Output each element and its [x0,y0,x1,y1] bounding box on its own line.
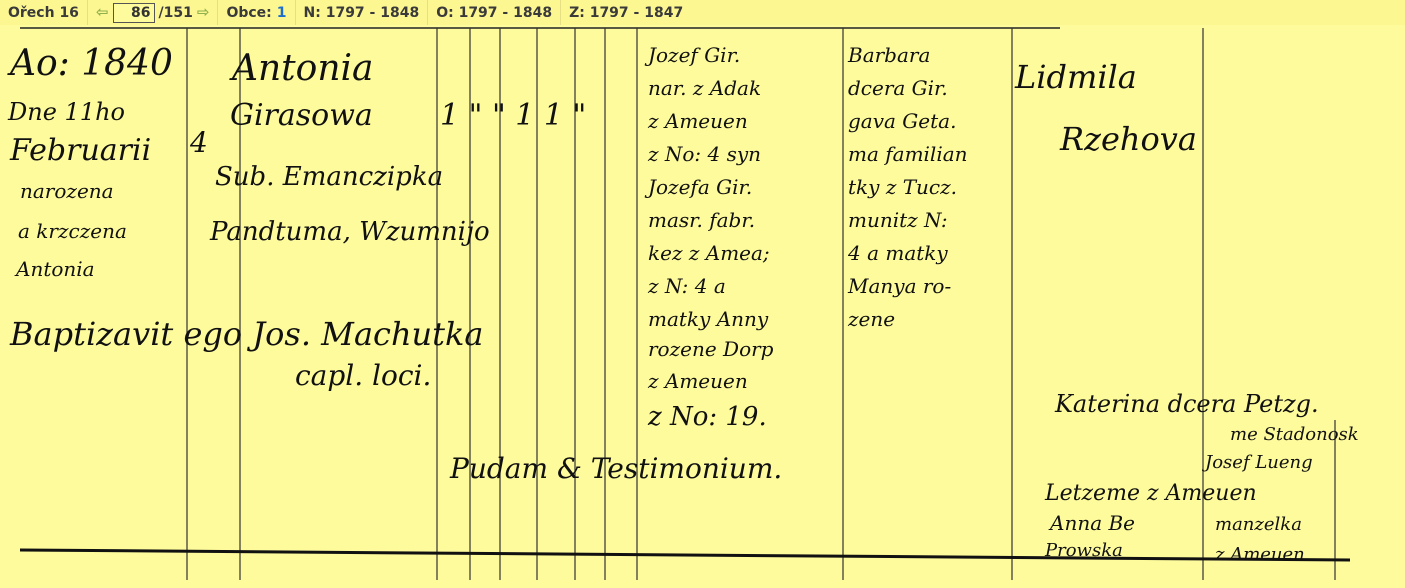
svg-text:tky z Tucz.: tky z Tucz. [848,175,957,199]
register-title: Ořech 16 [8,5,79,21]
svg-text:z No: 4 syn: z No: 4 syn [647,142,761,166]
svg-text:Pandtuma, Wzumnijo: Pandtuma, Wzumnijo [209,217,490,247]
svg-text:Antonia: Antonia [14,257,95,281]
page-total: /151 [159,5,193,21]
svg-text:4: 4 [189,126,208,159]
toolbar: Ořech 16 ⇦ /151 ⇨ Obce: 1 N: 1797 - 1848… [0,0,1405,25]
svg-text:munitz N:: munitz N: [848,208,948,232]
svg-text:me Stadonosk: me Stadonosk [1230,424,1359,445]
svg-text:4 a matky: 4 a matky [847,241,948,265]
handwriting-godparents: Katerina dcera Petzg. me Stadonosk Josef… [1044,390,1359,565]
svg-text:Barbara: Barbara [847,43,930,67]
svg-text:ma familian: ma familian [848,142,968,166]
register-title-group: Ořech 16 [0,0,88,25]
handwriting-father: Jozef Gir. nar. z Adak z Ameuen z No: 4 … [644,43,774,432]
svg-text:Antonia: Antonia [229,48,374,89]
svg-text:z Ameuen: z Ameuen [1214,544,1305,565]
marriages-range-text: O: 1797 - 1848 [436,5,552,21]
arrow-left-icon[interactable]: ⇦ [96,5,109,20]
svg-text:manzelka: manzelka [1215,514,1302,535]
svg-text:zene: zene [847,307,895,331]
svg-text:Katerina dcera Petzg.: Katerina dcera Petzg. [1054,390,1319,418]
handwriting-mother: Barbara dcera Gir. gava Geta. ma familia… [847,43,968,331]
svg-text:Dne 11ho: Dne 11ho [7,98,125,126]
svg-text:Pudam & Testimonium.: Pudam & Testimonium. [449,452,782,485]
svg-text:kez z Amea;: kez z Amea; [648,241,770,265]
svg-text:masr. fabr.: masr. fabr. [648,208,755,232]
svg-text:z Ameuen: z Ameuen [647,369,748,393]
svg-text:z Ameuen: z Ameuen [647,109,748,133]
svg-text:a krzczena: a krzczena [18,219,127,243]
svg-text:1 " " 1 1 ": 1 " " 1 1 " [440,98,586,133]
births-range-text: N: 1797 - 1848 [304,5,420,21]
svg-text:Letzeme z Ameuen: Letzeme z Ameuen [1044,481,1257,506]
register-scan-image[interactable]: Ao: 1840 Dne 11ho Februarii narozena a k… [0,25,1405,588]
svg-text:Jozefa Gir.: Jozefa Gir. [644,175,752,199]
obce-count-link[interactable]: 1 [277,5,287,21]
marriages-range: O: 1797 - 1848 [428,0,561,25]
svg-text:gava Geta.: gava Geta. [848,109,956,133]
svg-text:Josef Lueng: Josef Lueng [1201,452,1313,473]
svg-text:Manya ro-: Manya ro- [847,274,951,298]
handwriting-date: Ao: 1840 Dne 11ho Februarii narozena a k… [7,43,208,281]
handwriting-remark: Pudam & Testimonium. [449,452,782,485]
svg-text:Ao: 1840: Ao: 1840 [7,43,173,84]
svg-text:Lidmila: Lidmila [1014,58,1137,96]
svg-text:Girasowa: Girasowa [230,98,373,133]
svg-text:Anna Be: Anna Be [1048,511,1135,535]
births-range: N: 1797 - 1848 [296,0,429,25]
svg-text:capl. loci.: capl. loci. [295,359,431,392]
obce-group: Obce: 1 [218,0,295,25]
deaths-range: Z: 1797 - 1847 [561,0,691,25]
svg-text:narozena: narozena [20,179,114,203]
page-navigation: ⇦ /151 ⇨ [88,0,219,25]
svg-text:Jozef Gir.: Jozef Gir. [644,43,740,67]
register-page-drawing: Ao: 1840 Dne 11ho Februarii narozena a k… [0,25,1405,588]
svg-text:Sub. Emanczipka: Sub. Emanczipka [215,162,443,192]
obce-label: Obce: [226,5,271,21]
svg-text:Prowska: Prowska [1044,540,1123,561]
deaths-range-text: Z: 1797 - 1847 [569,5,683,21]
svg-text:Baptizavit ego Jos. Machutka: Baptizavit ego Jos. Machutka [9,315,483,353]
svg-text:Februarii: Februarii [9,133,151,168]
arrow-right-icon[interactable]: ⇨ [197,5,210,20]
svg-text:Rzehova: Rzehova [1059,120,1197,158]
svg-text:nar. z Adak: nar. z Adak [648,76,761,100]
page-number-input[interactable] [113,3,155,23]
handwriting-midwife: Lidmila Rzehova [1014,58,1197,158]
svg-text:rozene Dorp: rozene Dorp [648,337,774,361]
svg-text:z N: 4 a: z N: 4 a [647,274,726,298]
svg-text:dcera Gir.: dcera Gir. [848,76,948,100]
svg-text:z No: 19.: z No: 19. [647,402,767,432]
svg-text:matky Anny: matky Anny [648,307,769,331]
